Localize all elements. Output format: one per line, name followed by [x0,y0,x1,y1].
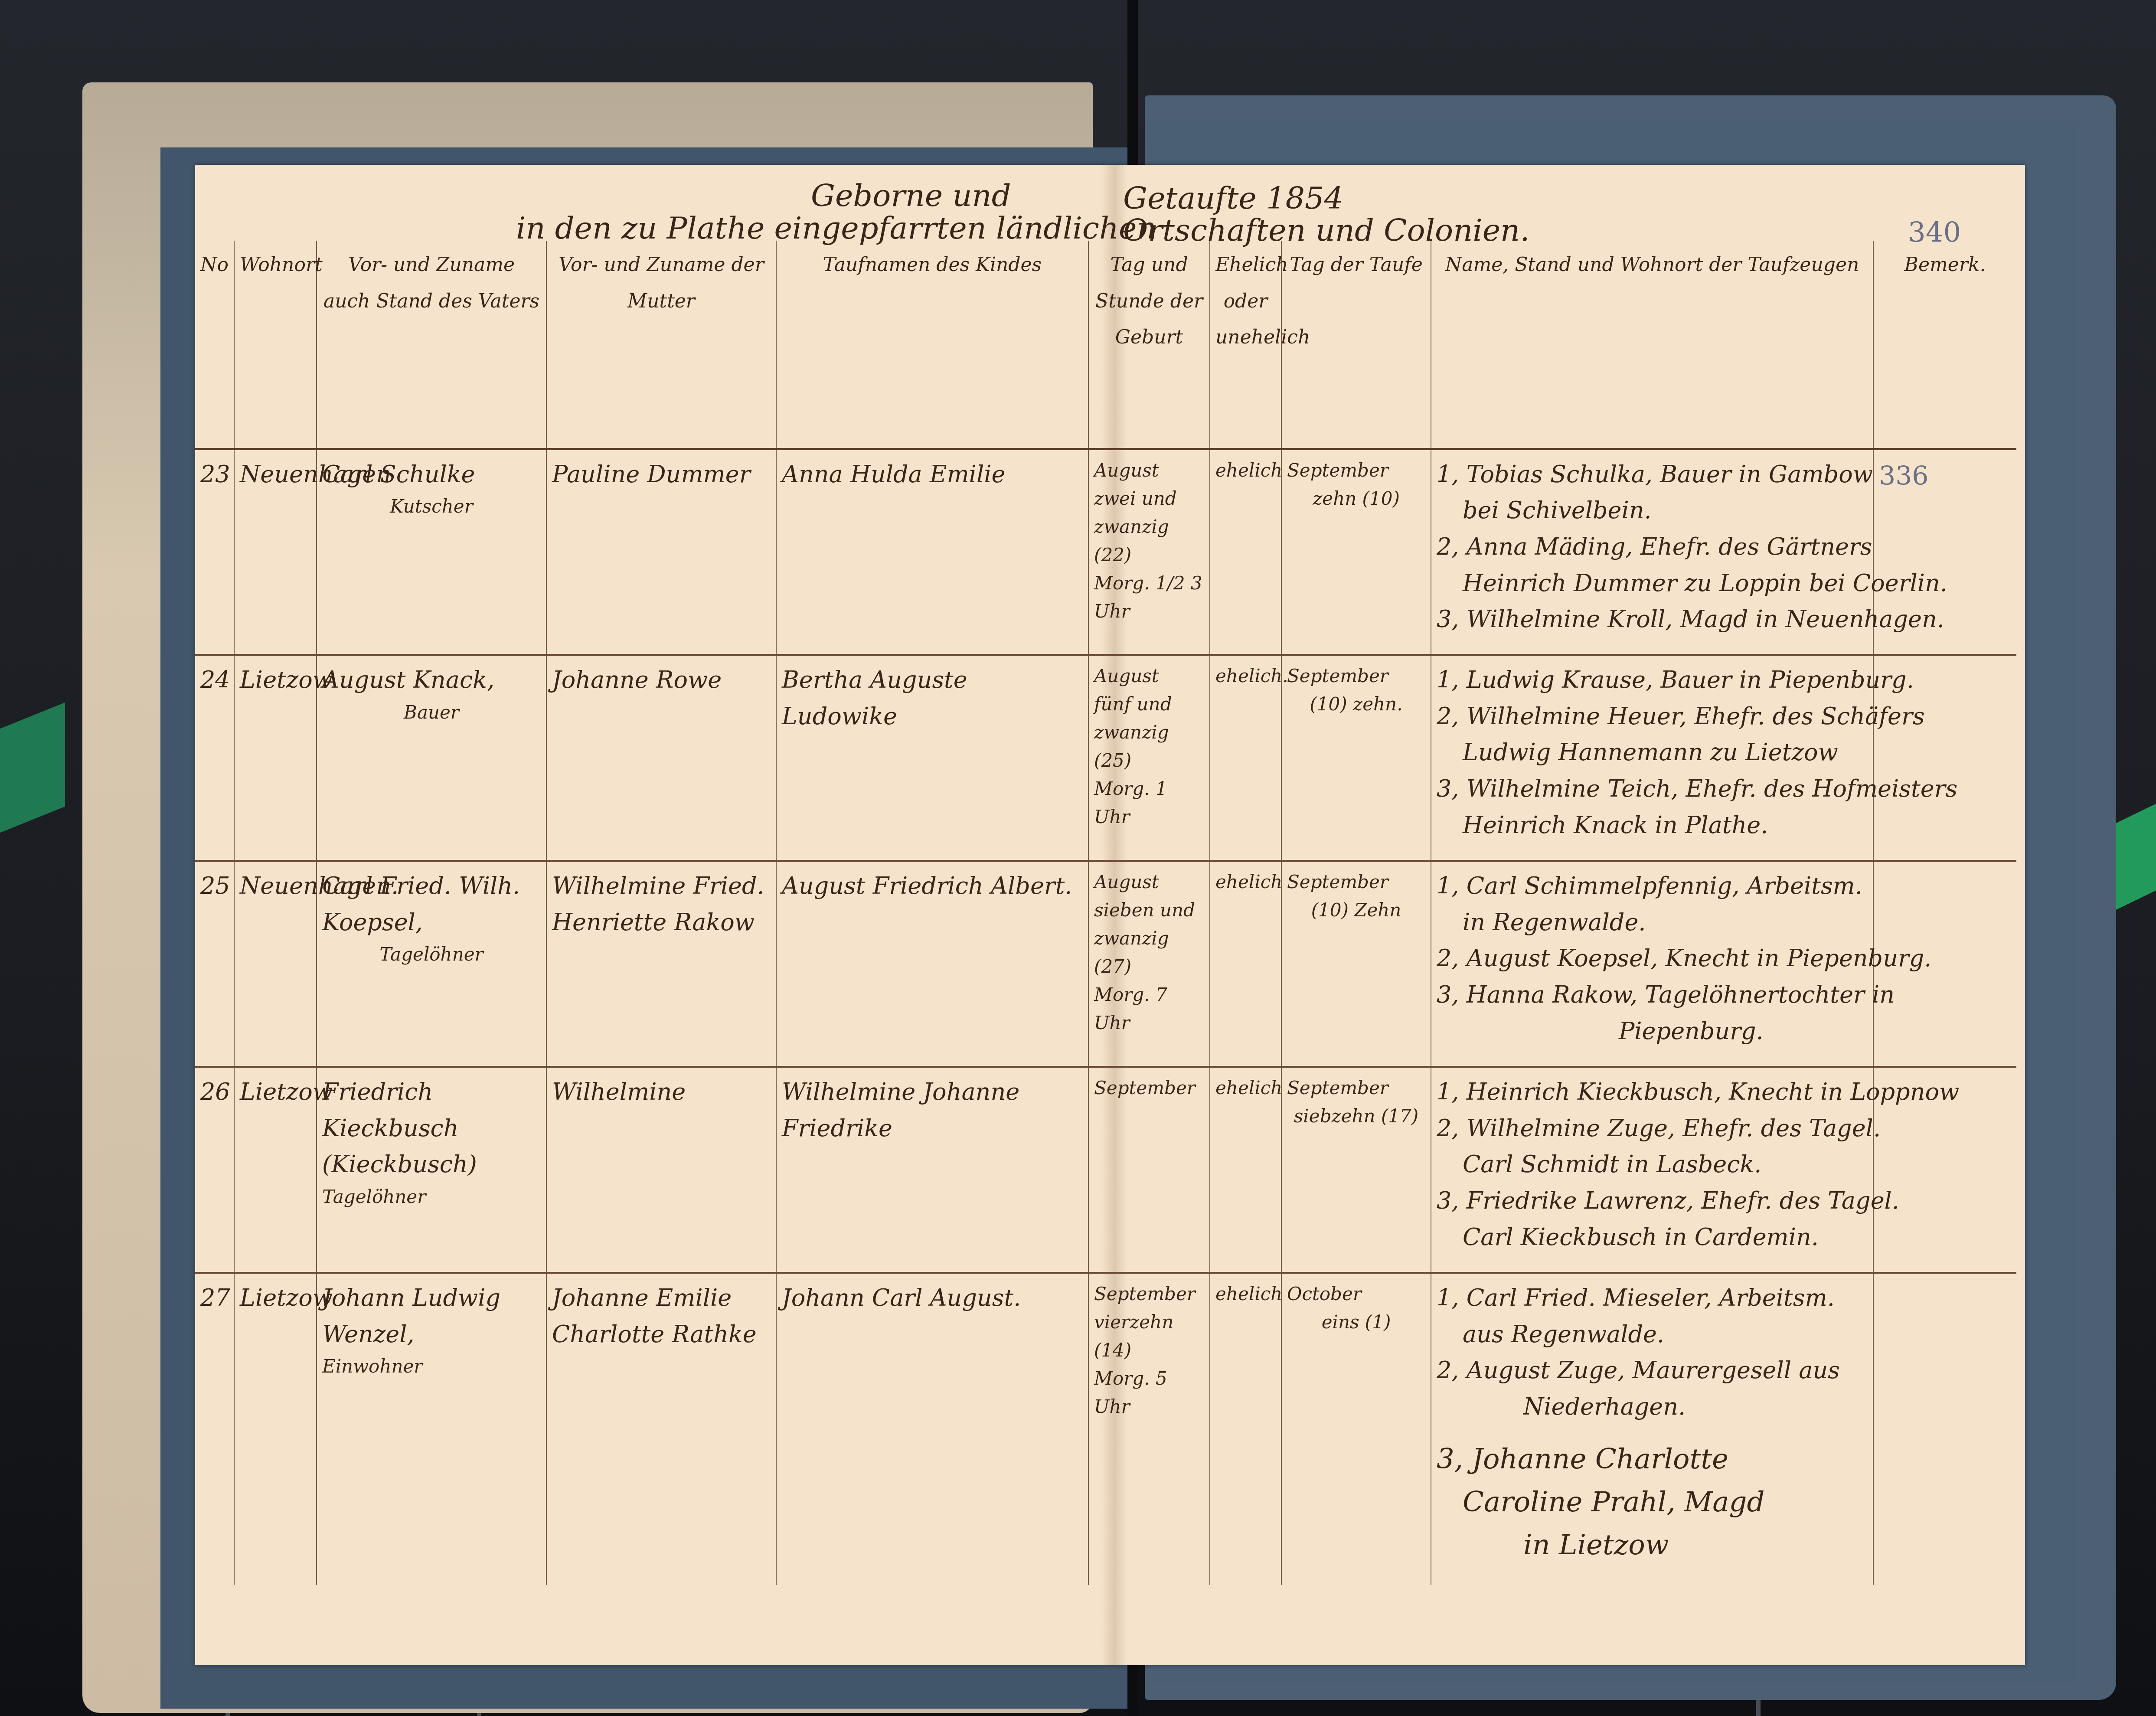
birth-day: fünf und zwanzig (25) [1094,690,1204,775]
entry-number: 24 [195,655,234,861]
entry-mother: Pauline Dummer [546,449,776,655]
legitimacy-value: ehelich [1215,1074,1276,1102]
father-name: Carl Fried. Wilh. Koepsel, [322,872,520,936]
godparent-line: aus Regenwalde. [1437,1316,1868,1353]
godparent-line: 2, August Zuge, Maurergesell aus [1437,1352,1868,1389]
entry-number: 23 [195,449,234,655]
entry-residence: Lietzow [234,1067,317,1273]
entry-father: Johann Ludwig Wenzel,Einwohner [317,1273,546,1585]
column-header-residence: Wohnort [234,241,317,449]
godparent-line: 2, Anna Mäding, Ehefr. des Gärtners [1437,529,1868,565]
birth-month: September [1094,1074,1204,1102]
birth-time: Morg. 7 Uhr [1094,981,1204,1037]
entry-father: Carl SchulkeKutscher [317,449,546,655]
entry-father: Carl Fried. Wilh. Koepsel,Tagelöhner [317,861,546,1067]
entry-godparents: 1, Ludwig Krause, Bauer in Piepenburg. 2… [1431,655,1873,861]
father-status: Bauer [322,698,541,726]
birth-month: August [1094,456,1204,484]
father-name: Friedrich Kieckbusch (Kieckbusch) [322,1078,477,1178]
entry-mother: Wilhelmine Fried. Henriette Rakow [546,861,776,1067]
entry-birth: Septembervierzehn (14)Morg. 5 Uhr [1088,1273,1210,1585]
birth-month: September [1094,1280,1204,1308]
entry-number: 25 [195,861,234,1067]
legitimacy-value: ehelich [1215,456,1276,484]
godparent-line: 3, Wilhelmine Teich, Ehefr. des Hofmeist… [1437,771,1868,807]
table-row: 23 Neuenhagen Carl SchulkeKutscher Pauli… [195,449,2016,655]
godparent-line: Ludwig Hannemann zu Lietzow [1437,734,1868,771]
column-header-legitimacy: Ehelich oder unehelich [1210,241,1281,449]
entry-father: August Knack,Bauer [317,655,546,861]
entry-legitimacy: ehelich. [1210,655,1281,861]
godparent-line: 3, Hanna Rakow, Tagelöhnertochter in [1437,977,1868,1013]
green-strap-left [0,703,65,833]
godparent-line: 1, Tobias Schulka, Bauer in Gambow [1437,456,1868,493]
birth-time: Morg. 5 Uhr [1094,1364,1204,1421]
godparent-line: Heinrich Dummer zu Loppin bei Coerlin. [1437,565,1868,601]
column-header-mother: Vor- und Zuname der Mutter [546,241,776,449]
entry-number: 27 [195,1273,234,1585]
entry-child: Wilhelmine Johanne Friedrike [776,1067,1088,1273]
birth-day: sieben und zwanzig (27) [1094,896,1204,981]
baptism-day: eins (1) [1287,1308,1425,1336]
entry-child: Johann Carl August. [776,1273,1088,1585]
baptism-month: September [1287,662,1425,690]
entry-birth: Augustzwei und zwanzig (22)Morg. 1/2 3 U… [1088,449,1210,655]
entry-baptism: September(10) zehn. [1281,655,1431,861]
godparent-line: 3, Friedrike Lawrenz, Ehefr. des Tagel. [1437,1183,1868,1219]
entry-father: Friedrich Kieckbusch (Kieckbusch)Tagelöh… [317,1067,546,1273]
birth-time: Morg. 1/2 3 Uhr [1094,569,1204,625]
entry-baptism: Octobereins (1) [1281,1273,1431,1585]
birth-day: zwei und zwanzig (22) [1094,484,1204,569]
godparent-line: 3, Wilhelmine Kroll, Magd in Neuenhagen. [1437,601,1868,637]
godparent-line: Carl Schmidt in Lasbeck. [1437,1146,1868,1183]
column-header-birth: Tag und Stunde der Geburt [1088,241,1210,449]
column-header-no: No [195,241,234,449]
godparent-line: Piepenburg. [1437,1013,1868,1049]
godparent-line: 1, Ludwig Krause, Bauer in Piepenburg. [1437,662,1868,698]
baptism-month: September [1287,868,1425,896]
entry-baptism: Septemberzehn (10) [1281,449,1431,655]
baptism-month: September [1287,1074,1425,1102]
entry-residence: Neuenhagen. [234,861,317,1067]
godparent-line: Niederhagen. [1437,1389,1868,1425]
birth-day: vierzehn (14) [1094,1308,1204,1364]
father-status: Einwohner [322,1352,541,1380]
entry-baptism: September(10) Zehn [1281,861,1431,1067]
entry-mother: Johanne Emilie Charlotte Rathke [546,1273,776,1585]
entry-legitimacy: ehelich [1210,1273,1281,1585]
father-name: Johann Ludwig Wenzel, [322,1284,500,1348]
entry-legitimacy: ehelich [1210,861,1281,1067]
baptism-day: (10) zehn. [1287,690,1425,718]
entry-legitimacy: ehelich [1210,1067,1281,1273]
entry-child: Anna Hulda Emilie [776,449,1088,655]
column-header-child: Taufnamen des Kindes [776,241,1088,449]
entry-godparents: 1, Carl Fried. Mieseler, Arbeitsm. aus R… [1431,1273,1873,1585]
birth-month: August [1094,868,1204,896]
baptism-month: September [1287,456,1425,484]
entry-child: August Friedrich Albert. [776,861,1088,1067]
table-row: 25 Neuenhagen. Carl Fried. Wilh. Koepsel… [195,861,2016,1067]
godparent-line: 2, August Koepsel, Knecht in Piepenburg. [1437,940,1868,977]
entry-birth: Augustfünf und zwanzig (25)Morg. 1 Uhr [1088,655,1210,861]
father-status: Kutscher [322,492,541,520]
entry-mother: Johanne Rowe [546,655,776,861]
table-row: 24 Lietzow August Knack,Bauer Johanne Ro… [195,655,2016,861]
birth-month: August [1094,662,1204,690]
baptism-month: October [1287,1280,1425,1308]
entry-residence: Lietzow [234,655,317,861]
entry-residence: Neuenhagen [234,449,317,655]
godparent-line: 1, Heinrich Kieckbusch, Knecht in Loppno… [1437,1074,1868,1110]
father-status: Tagelöhner [322,940,541,968]
godparent-line: Carl Kieckbusch in Cardemin. [1437,1219,1868,1255]
entry-remarks [1873,1273,2016,1585]
godparent-line: 3, Johanne Charlotte [1437,1438,1868,1481]
entry-mother: Wilhelmine [546,1067,776,1273]
secondary-folio-number: 336 [1879,461,1929,491]
entry-birth: September [1088,1067,1210,1273]
entry-legitimacy: ehelich [1210,449,1281,655]
table-row: 27 Lietzow Johann Ludwig Wenzel,Einwohne… [195,1273,2016,1585]
godparent-line: 2, Wilhelmine Zuge, Ehefr. des Tagel. [1437,1110,1868,1147]
entry-baptism: Septembersiebzehn (17) [1281,1067,1431,1273]
godparent-line: 1, Carl Schimmelpfennig, Arbeitsm. [1437,868,1868,904]
baptism-day: zehn (10) [1287,484,1425,513]
legitimacy-value: ehelich [1215,868,1276,896]
father-name: Carl Schulke [322,461,475,488]
baptism-register-table: No Wohnort Vor- und Zuname auch Stand de… [195,241,2016,1585]
entry-residence: Lietzow [234,1273,317,1585]
baptism-day: (10) Zehn [1287,896,1425,924]
column-header-godparents: Name, Stand und Wohnort der Taufzeugen [1431,241,1873,449]
ledger-spread: Geborne und Getaufte 1854 in den zu Plat… [195,165,2025,1665]
father-name: August Knack, [322,666,494,693]
entry-birth: Augustsieben und zwanzig (27)Morg. 7 Uhr [1088,861,1210,1067]
entry-godparents: 1, Tobias Schulka, Bauer in Gambow bei S… [1431,449,1873,655]
entry-godparents: 1, Carl Schimmelpfennig, Arbeitsm. in Re… [1431,861,1873,1067]
godparent-line: Caroline Prahl, Magd [1437,1481,1868,1524]
legitimacy-value: ehelich [1215,1280,1276,1308]
entry-child: Bertha Auguste Ludowike [776,655,1088,861]
legitimacy-value: ehelich. [1215,662,1276,690]
column-header-row: No Wohnort Vor- und Zuname auch Stand de… [195,241,2016,449]
entry-number: 26 [195,1067,234,1273]
godparent-line: in Lietzow [1437,1524,1868,1567]
godparent-line: bei Schivelbein. [1437,492,1868,529]
baptism-day: siebzehn (17) [1287,1102,1425,1130]
father-status: Tagelöhner [322,1183,541,1211]
table-row: 26 Lietzow Friedrich Kieckbusch (Kieckbu… [195,1067,2016,1273]
column-header-father: Vor- und Zuname auch Stand des Vaters [317,241,546,449]
godparent-line: 1, Carl Fried. Mieseler, Arbeitsm. [1437,1280,1868,1316]
godparent-line: in Regenwalde. [1437,904,1868,941]
birth-time: Morg. 1 Uhr [1094,775,1204,831]
godparent-line: 2, Wilhelmine Heuer, Ehefr. des Schäfers [1437,698,1868,735]
page-title-line1-left: Geborne und [811,178,1011,213]
godparent-line: Heinrich Knack in Plathe. [1437,807,1868,843]
column-header-remarks: Bemerk. [1873,241,2016,449]
entry-godparents: 1, Heinrich Kieckbusch, Knecht in Loppno… [1431,1067,1873,1273]
